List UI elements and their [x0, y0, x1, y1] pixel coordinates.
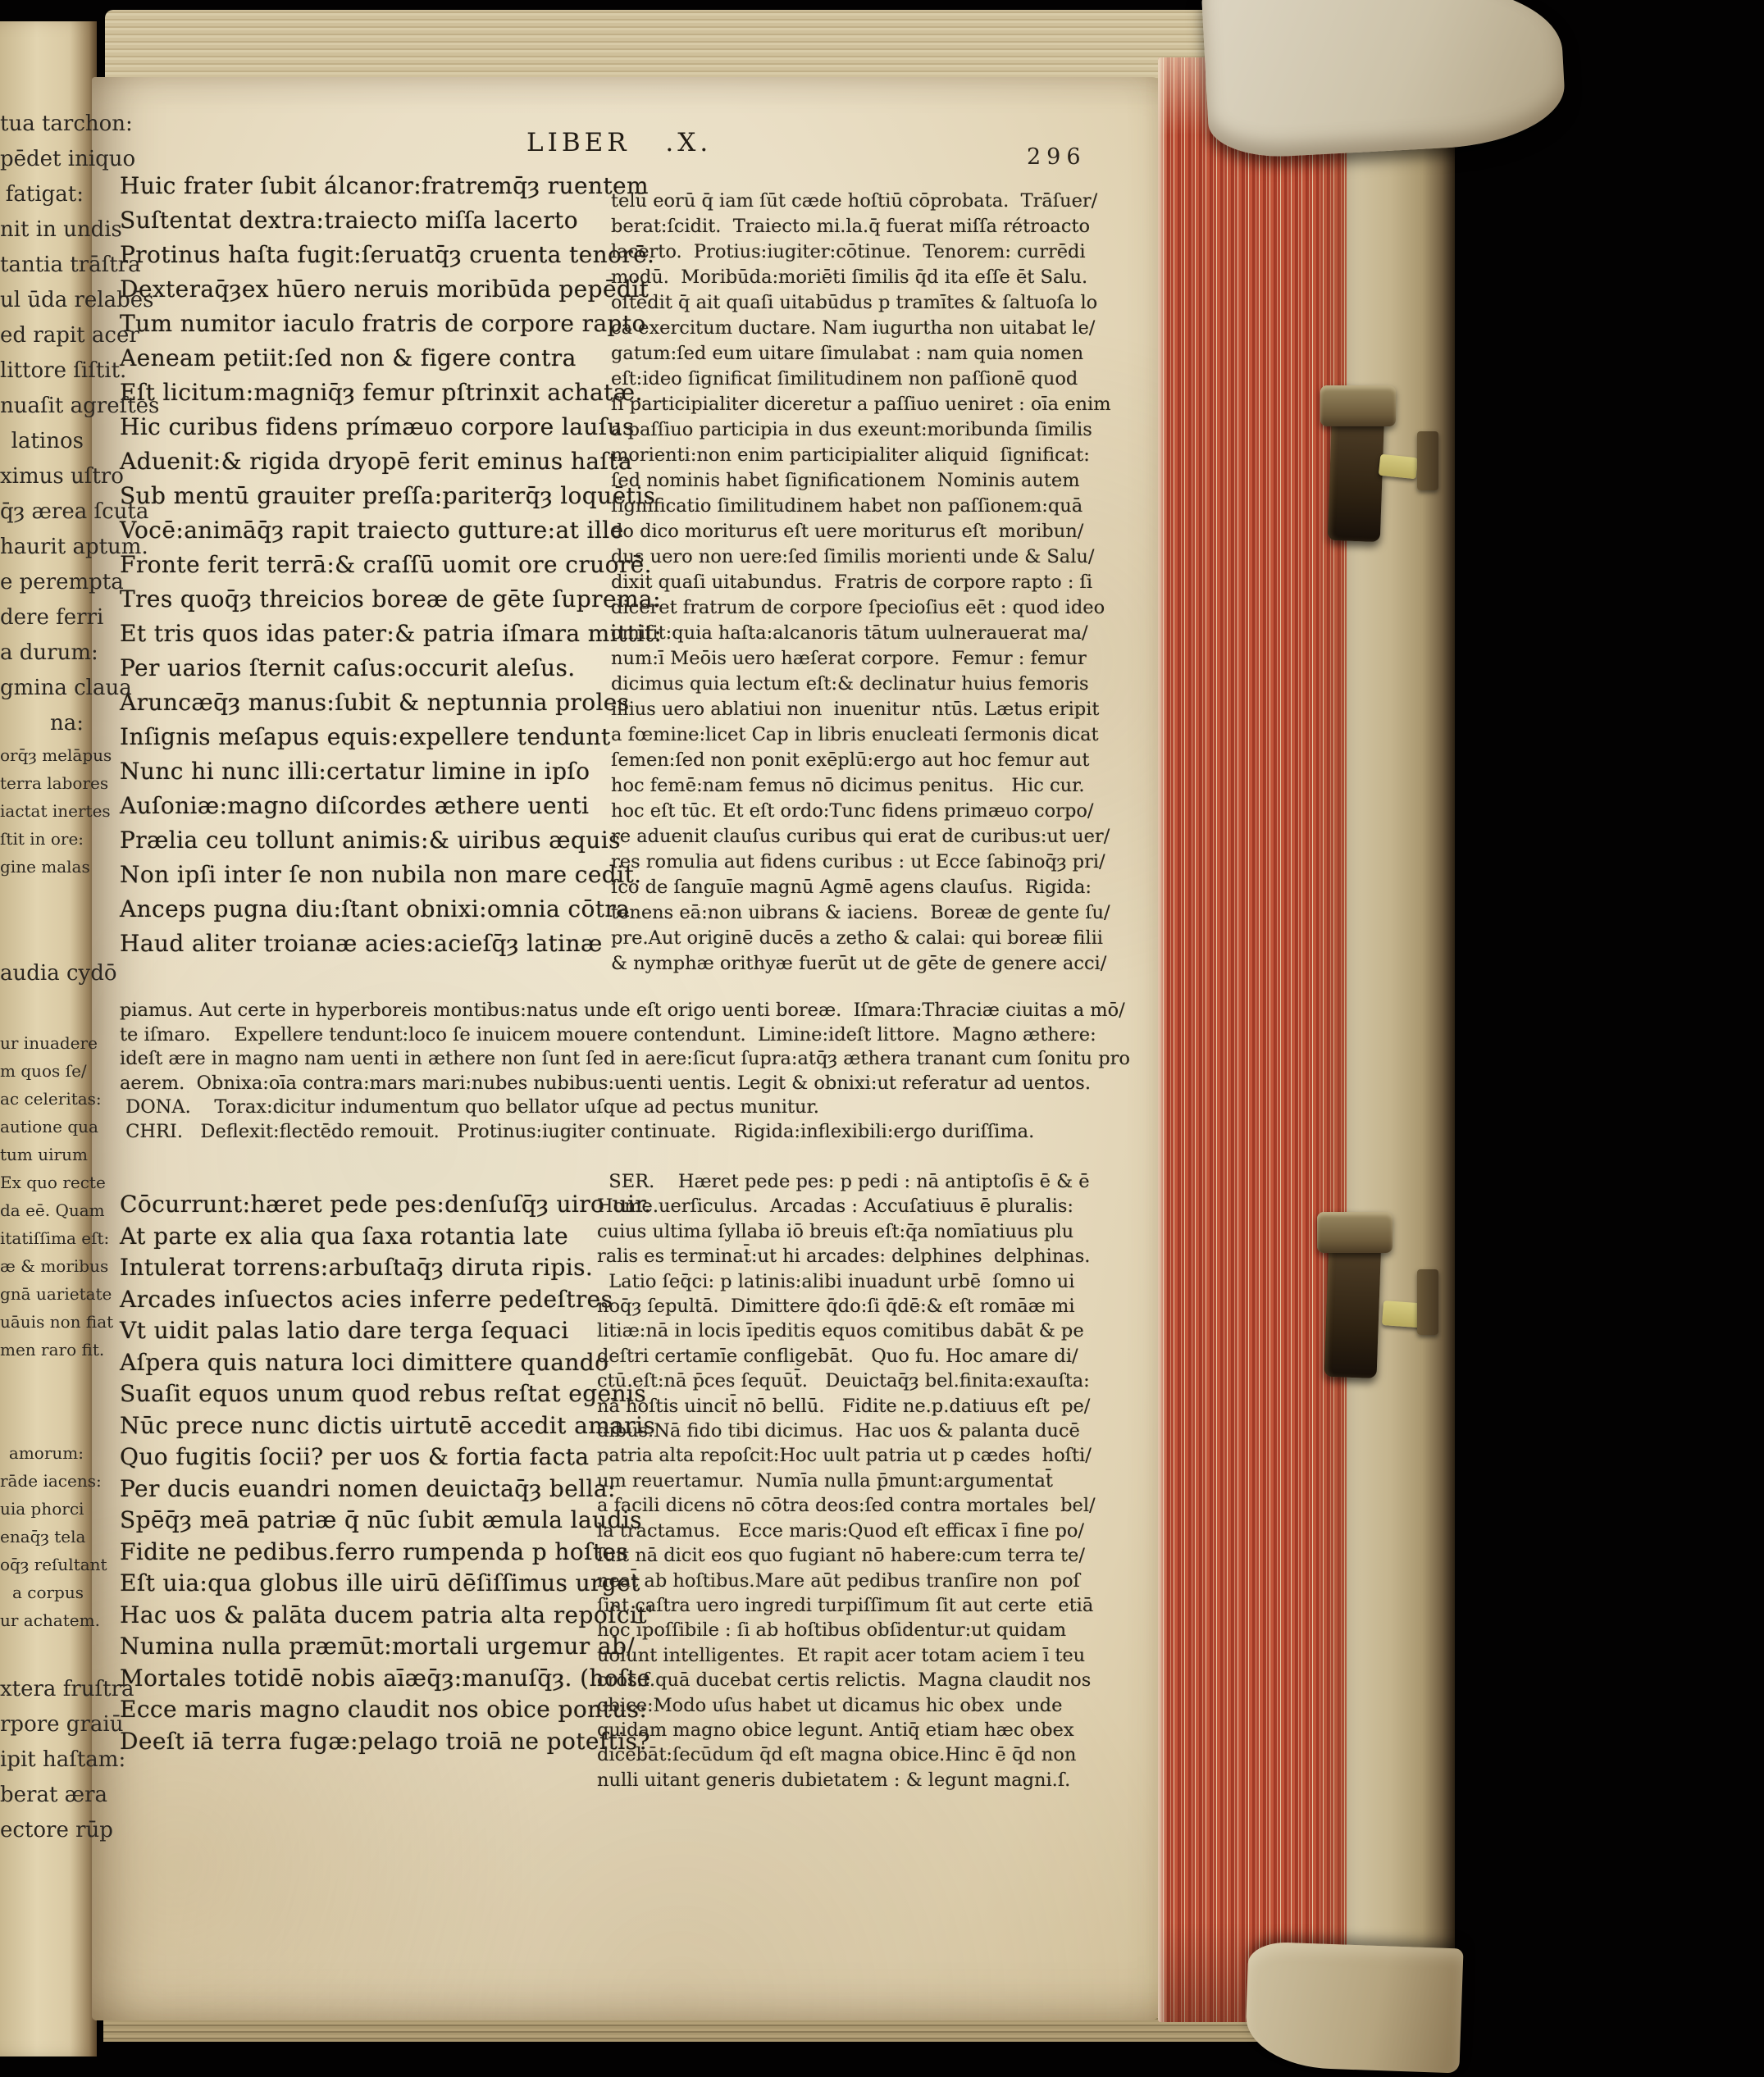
text-line: Home.uerſiculus. Arcadas : Accuſatiuus ē…: [597, 1194, 1096, 1218]
text-line: Tres quoq̄ȝ threicios boreæ de gēte ſupr…: [120, 582, 662, 617]
text-line: num:ī Meōis uero hæſerat corpore. Femur …: [611, 646, 1111, 672]
text-line: ectore rūp: [0, 1813, 84, 1848]
text-line: ſignificatio ſimilitudinem habet non paſ…: [611, 494, 1111, 519]
text-line: ſco de ſanguīe magnū Agmē agens clauſus.…: [611, 875, 1111, 900]
text-line: dere ferri: [0, 600, 84, 635]
text-line: litiæ:nā in locis īpeditis equos comitib…: [597, 1319, 1096, 1343]
text-line: CHRI. Deflexit:flectēdo remouit. Protinu…: [120, 1120, 1130, 1145]
text-line: tenens eā:non uibrans & iaciens. Boreæ d…: [611, 900, 1111, 926]
text-line: diceret fratrum de corpore ſpecioſius eē…: [611, 595, 1111, 621]
text-line: ſtit in ore:: [0, 825, 84, 853]
text-line: tua tarchon:: [0, 107, 84, 142]
text-line: men raro fit.: [0, 1336, 84, 1364]
text-line: oſtēdit q̄ ait quaſi uitabūdus p tramīte…: [611, 290, 1111, 316]
text-line: terra labores: [0, 769, 84, 797]
text-line: Per uarios ſternit caſus:occurit aleſus.: [120, 651, 662, 686]
text-line: a paſſiuo participia in dus exeunt:morib…: [611, 417, 1111, 443]
text-line: rpore graiū: [0, 1707, 84, 1742]
text-line: orq̄ȝ melāpus: [0, 741, 84, 769]
text-line: ul ūda relabēs: [0, 283, 84, 318]
text-line: gatum:ſed eum uitare ſimulabat : nam qui…: [611, 341, 1111, 367]
text-line: ideſt ære in magno nam uenti in æthere n…: [120, 1047, 1130, 1072]
text-line: patria alta repoſcit:Hoc uult patria ut …: [597, 1443, 1096, 1468]
book-photo: LIBER .X. 296 Huic frater ſubit álcanor:…: [0, 0, 1764, 2077]
text-line: nā hoſtis uincit̄ nō bellū. Fidite ne.p.…: [597, 1394, 1096, 1419]
text-line: um reuertamur. Numīa nulla p̄munt:argume…: [597, 1469, 1096, 1493]
text-line: dibus.Nā fido tibi dicimus. Hac uos & pa…: [597, 1419, 1096, 1443]
text-line: Anceps pugna diu:ſtant obnixi:omnia cōtr…: [120, 892, 662, 927]
text-line: [0, 991, 84, 1029]
text-line: Cōcurrunt:hæret pede pes:denſuſq̄ȝ uiro …: [120, 1189, 655, 1221]
binding-edge: [1347, 31, 1455, 2038]
text-line: Auſoniæ:magno diſcordes æthere uenti: [120, 789, 662, 823]
text-line: Nūc prece nunc dictis uirtutē accedit am…: [120, 1410, 655, 1442]
text-line: ed rapit acer: [0, 318, 84, 353]
text-line: Arcades inſuectos acies inferre pedeſtre…: [120, 1284, 655, 1316]
text-line: haurit aptum.: [0, 530, 84, 565]
text-line: Fronte ferit terrā:& craſſū uomit ore cr…: [120, 548, 662, 582]
text-line: m quos ſe/: [0, 1057, 84, 1085]
text-line: Mortales totidē nobis aīæq̄ȝ:manuſq̄ȝ. (…: [120, 1663, 655, 1695]
text-line: tum uirum: [0, 1141, 84, 1168]
text-line: nit in undis: [0, 212, 84, 248]
text-line: latinos: [0, 424, 84, 459]
text-line: itatiſſima eſt:: [0, 1224, 84, 1252]
text-line: quidam magno obice legunt. Antiq̄ etiam …: [597, 1718, 1096, 1742]
text-line: ſed nominis habet ſignificationem Nomini…: [611, 468, 1111, 494]
clasp-catch: [1417, 431, 1438, 490]
text-line: Eſt uia:qua globus ille uirū dēſiſſimus …: [120, 1568, 655, 1600]
text-line: ac celeritas:: [0, 1085, 84, 1113]
text-line: piamus. Aut certe in hyperboreis montibu…: [120, 999, 1130, 1023]
text-line: Nunc hi nunc illi:certatur limine in ipſ…: [120, 754, 662, 789]
folio-number: 296: [1027, 144, 1087, 170]
text-line: neat̄ ab hoſtibus.Mare aūt pedibus tranſ…: [597, 1569, 1096, 1593]
text-line: Aeneam petiit:ſed non & figere contra: [120, 341, 662, 376]
marginal-fragments: tua tarchon:pēdet iniquofatigat:nit in u…: [0, 107, 84, 1848]
text-line: Deeſt iā terra fugæ:pelago troiā ne pote…: [120, 1726, 655, 1758]
text-line: nulli uitant generis dubietatem : & legu…: [597, 1768, 1096, 1792]
text-line: e perempta: [0, 565, 84, 600]
text-line: hoc īpoſſibile : ſi ab hoſtibus obſident…: [597, 1618, 1096, 1642]
clasp-tab: [1379, 454, 1418, 480]
text-line: amorum:: [0, 1439, 84, 1467]
text-line: hoc eſt tūc. Et eſt ordo:Tunc fidens pri…: [611, 799, 1111, 824]
text-line: xtera fruſtra: [0, 1672, 84, 1707]
text-line: hoc femē:nam femus nō dicimus penitus. H…: [611, 773, 1111, 799]
text-line: omiſit:quia haſta:alcanoris tātum uulner…: [611, 621, 1111, 646]
text-line: aerem. Obnixa:oīa contra:mars mari:nubes…: [120, 1072, 1130, 1096]
text-line: Et tris quos idas pater:& patria iſmara …: [120, 617, 662, 651]
text-line: Ecce maris magno claudit nos obice pontu…: [120, 1694, 655, 1726]
text-line: Ex quo recte: [0, 1168, 84, 1196]
text-line: Protinus haſta fugit:ſeruatq̄ȝ cruenta t…: [120, 238, 662, 272]
text-line: Fidite ne pedibus.ferro rumpenda p hoſte…: [120, 1537, 655, 1569]
text-line: enaq̄ȝ tela: [0, 1523, 84, 1551]
text-line: ſemen:ſed non ponit exēplū:ergo aut hoc …: [611, 748, 1111, 773]
commentary-column-upper: telū eorū q̄ iam ſūt cæde hoſtiū cōproba…: [611, 189, 1111, 977]
text-line: Suaſit equos unum quod rebus reſtat egen…: [120, 1378, 655, 1410]
text-line: At parte ex alia qua ſaxa rotantia late: [120, 1221, 655, 1253]
text-line: ralis es terminat̄:ut hi arcades: delphi…: [597, 1244, 1096, 1269]
text-line: nuaſit agreſtes: [0, 389, 84, 424]
text-line: & nymphæ orithyæ fuerūt ut de gēte de ge…: [611, 951, 1111, 977]
text-line: ca exercitum ductare. Nam iugurtha non u…: [611, 316, 1111, 341]
text-line: cros.ſ.quā ducebat certis relictis. Magn…: [597, 1668, 1096, 1692]
text-line: æ & moribus: [0, 1252, 84, 1280]
text-line: Per ducis euandri nomen deuictaq̄ȝ bella…: [120, 1473, 655, 1505]
text-line: ur achatem.: [0, 1606, 84, 1634]
text-line: uia phorci: [0, 1495, 84, 1523]
commentary-fullwidth: piamus. Aut certe in hyperboreis montibu…: [120, 999, 1130, 1144]
text-line: ſi participialiter diceretur a paſſiuo u…: [611, 392, 1111, 417]
text-line: [0, 1364, 84, 1401]
verse-column-upper: Huic frater ſubit álcanor:fratremq̄ȝ rue…: [120, 169, 662, 961]
text-line: berat æra: [0, 1778, 84, 1813]
text-line: te iſmaro. Expellere tendunt:loco ſe inu…: [120, 1023, 1130, 1048]
text-line: SER. Hæret pede pes: p pedi : nā antipto…: [597, 1169, 1096, 1194]
text-line: Quo fugitis ſocii? per uos & fortia fact…: [120, 1442, 655, 1473]
text-line: Vocē:animāq̄ȝ rapit traiecto gutture:at …: [120, 513, 662, 548]
text-line: Eſt licitum:magniq̄ȝ femur pſtrinxit ach…: [120, 376, 662, 410]
text-line: Intulerat torrens:arbuſtaq̄ȝ diruta ripi…: [120, 1252, 655, 1284]
text-line: noq̄ȝ ſepultā. Dimittere q̄do:ſi q̄dē:& …: [597, 1294, 1096, 1319]
text-line: do dico moriturus eſt uere moriturus eſt…: [611, 519, 1111, 544]
text-line: deſtri certamīe confligebāt. Quo fu. Hoc…: [597, 1344, 1096, 1369]
text-line: gine malas: [0, 853, 84, 881]
verse-column-lower: Cōcurrunt:hæret pede pes:denſuſq̄ȝ uiro …: [120, 1189, 655, 1757]
text-line: dixit quaſi uitabundus. Fratris de corpo…: [611, 570, 1111, 595]
text-line: ximus uſtro: [0, 459, 84, 494]
text-line: gmina claua: [0, 671, 84, 706]
clasp-lower: [1312, 1212, 1443, 1384]
text-line: da eē. Quam: [0, 1196, 84, 1224]
text-line: DONA. Torax:dicitur indumentum quo bella…: [120, 1095, 1130, 1120]
text-line: berat:ſcidit. Traiecto mi.la.q̄ fuerat m…: [611, 214, 1111, 239]
text-line: Hac uos & palāta ducem patria alta repoſ…: [120, 1600, 655, 1632]
text-line: uolunt intelligentes. Et rapit acer tota…: [597, 1643, 1096, 1668]
text-line: a durum:: [0, 635, 84, 671]
text-line: ctū eſt:nā p̄ces ſequūt̄. Deuictaq̄ȝ bel…: [597, 1369, 1096, 1393]
text-line: a facili dicens nō cōtra deos:ſed contra…: [597, 1493, 1096, 1518]
text-line: Haud aliter troianæ acies:acieſq̄ȝ latin…: [120, 927, 662, 961]
text-line: eſt:ideo ſignificat ſimilitudinem non pa…: [611, 367, 1111, 392]
clasp-buckle: [1320, 385, 1396, 426]
text-line: [0, 1401, 84, 1439]
clasp-catch: [1417, 1269, 1438, 1335]
text-line: q̄ȝ ærea ſcuta: [0, 494, 84, 530]
text-line: oq̄ȝ reſultant: [0, 1551, 84, 1578]
text-line: Aduenit:& rigida dryopē ferit eminus haſ…: [120, 444, 662, 479]
text-line: Suſtentat dextra:traiecto miſſa lacerto: [120, 203, 662, 238]
text-line: la tractamus. Ecce maris:Quod eſt effica…: [597, 1519, 1096, 1543]
text-line: ur inuadere: [0, 1029, 84, 1057]
text-line: morienti:non enim participialiter aliqui…: [611, 443, 1111, 468]
text-line: ſuit nā dicit eos quo fugiant nō habere:…: [597, 1543, 1096, 1568]
text-line: cuius ultima ſyllaba iō breuis eſt:q̄a n…: [597, 1219, 1096, 1244]
text-line: Spēq̄ȝ meā patriæ q̄ nūc ſubit æmula lau…: [120, 1505, 655, 1537]
text-line: Sub mentū grauiter preſſa:pariterq̄ȝ loq…: [120, 479, 662, 513]
clasp-upper: [1315, 385, 1447, 549]
text-line: Prælia ceu tollunt animis:& uiribus æqui…: [120, 823, 662, 858]
commentary-column-lower: SER. Hæret pede pes: p pedi : nā antipto…: [597, 1169, 1096, 1792]
text-line: Huic frater ſubit álcanor:fratremq̄ȝ rue…: [120, 169, 662, 203]
text-line: iactat inertes: [0, 797, 84, 825]
text-line: fatigat:: [0, 177, 84, 212]
text-line: na:: [0, 706, 84, 741]
text-line: dicebāt:ſecūdum q̄d eſt magna obice.Hinc…: [597, 1742, 1096, 1767]
fore-edge-red-stain: [1158, 57, 1347, 2022]
text-line: autione qua: [0, 1113, 84, 1141]
text-line: dus uero non uere:ſed ſimilis morienti u…: [611, 544, 1111, 570]
text-line: pēdet iniquo: [0, 142, 84, 177]
text-line: [0, 918, 84, 956]
text-line: [0, 1634, 84, 1672]
text-line: Vt uidit palas latio dare terga ſequaci: [120, 1315, 655, 1347]
text-line: a fœmine:licet Cap in libris enucleati ſ…: [611, 722, 1111, 748]
text-line: lacerto. Protius:iugiter:cōtinue. Tenore…: [611, 239, 1111, 265]
text-line: Dexteraq̄ȝex hūero neruis moribūda pepēd…: [120, 272, 662, 307]
text-line: Aruncæq̄ȝ manus:ſubit & neptunnia proles: [120, 686, 662, 720]
text-line: littore ſiſtit.: [0, 353, 84, 389]
text-line: Inſignis meſapus equis:expellere tendunt: [120, 720, 662, 754]
text-line: dicimus quia lectum eſt:& declinatur hui…: [611, 672, 1111, 697]
text-line: [0, 881, 84, 918]
text-line: Non ipſi inter ſe non nubila non mare ce…: [120, 858, 662, 892]
text-line: telū eorū q̄ iam ſūt cæde hoſtiū cōproba…: [611, 189, 1111, 214]
text-line: ſint caſtra uero ingredi turpiſſimum ſit…: [597, 1593, 1096, 1618]
text-line: Tum numitor iaculo fratris de corpore ra…: [120, 307, 662, 341]
text-line: ipit haſtam:: [0, 1742, 84, 1778]
text-line: re aduenit clauſus curibus qui erat de c…: [611, 824, 1111, 849]
text-line: res romulia aut fidens curibus : ut Ecce…: [611, 849, 1111, 875]
text-line: obice:Modo uſus habet ut dicamus hic obe…: [597, 1693, 1096, 1718]
text-line: pre.Aut originē ducēs a zetho & calai: q…: [611, 926, 1111, 951]
clasp-buckle: [1317, 1212, 1393, 1253]
text-line: tantia trāſtra: [0, 248, 84, 283]
text-line: Numina nulla præmūt:mortali urgemur ab/: [120, 1631, 655, 1663]
text-line: rāde iacens:: [0, 1467, 84, 1495]
text-line: Aſpera quis natura loci dimittere quando: [120, 1347, 655, 1379]
running-title: LIBER .X.: [526, 128, 712, 157]
text-line: Latio ſeq̄ci: p latinis:alibi inuadunt u…: [597, 1269, 1096, 1294]
text-line: uāuis non fiat: [0, 1308, 84, 1336]
text-line: gnā uarietate: [0, 1280, 84, 1308]
text-line: a corpus: [0, 1578, 84, 1606]
text-line: Hic curibus fidens prímæuo corpore lauſu…: [120, 410, 662, 444]
text-line: illius uero ablatiui non inuenitur ntūs.…: [611, 697, 1111, 722]
text-line: modū. Moribūda:moriēti ſimilis q̄d ita e…: [611, 265, 1111, 290]
cover-corner-vellum: [1201, 0, 1567, 160]
text-line: audia cydō: [0, 956, 84, 991]
cover-corner-bottom: [1244, 1941, 1463, 2073]
